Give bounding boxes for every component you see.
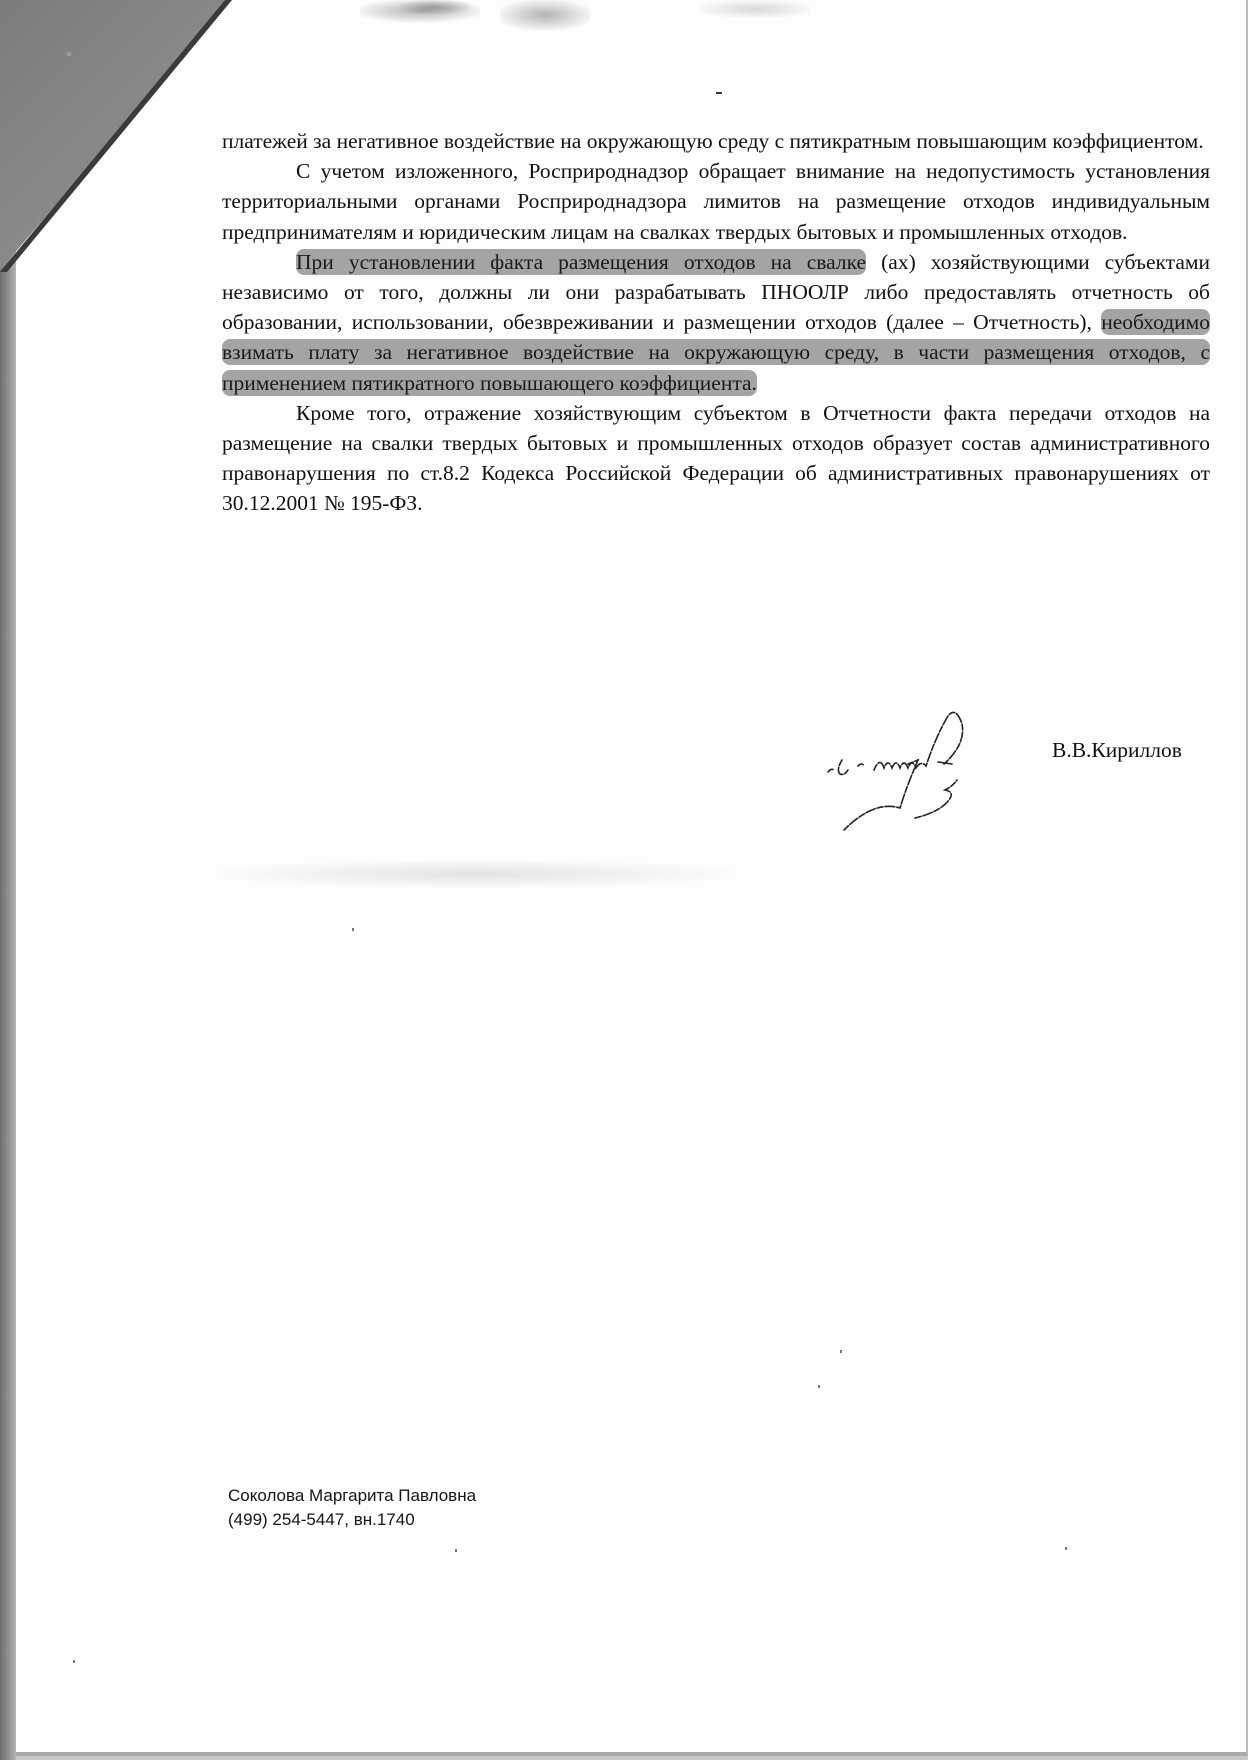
- scan-speck: [455, 1549, 457, 1552]
- scan-smudge: [700, 0, 810, 18]
- scan-speck: [1065, 1547, 1067, 1550]
- paragraph-p3: При установлении факта размещения отходо…: [222, 247, 1210, 398]
- scan-smudge: [400, 0, 470, 14]
- scan-speck: [840, 1350, 842, 1353]
- scan-speck: [716, 92, 722, 94]
- text-segment: Кроме того, отражение хозяйствующим субъ…: [222, 401, 1210, 516]
- scan-speck: [818, 1385, 820, 1388]
- paragraph-p1: платежей за негативное воздействие на ок…: [222, 126, 1210, 156]
- contact-block: Соколова Маргарита Павловна (499) 254-54…: [228, 1484, 476, 1532]
- scan-speck: [352, 928, 354, 931]
- text-segment: С учетом изложенного, Росприроднадзор об…: [222, 159, 1210, 243]
- letter-body: платежей за негативное воздействие на ок…: [222, 126, 1210, 519]
- contact-phone: (499) 254-5447, вн.1740: [228, 1508, 476, 1532]
- scan-speck: [73, 1660, 75, 1663]
- paragraph-p2: С учетом изложенного, Росприроднадзор об…: [222, 156, 1210, 247]
- highlighted-text: При установлении факта размещения отходо…: [296, 249, 866, 275]
- contact-person-name: Соколова Маргарита Павловна: [228, 1484, 476, 1508]
- handwritten-signature-icon: [820, 700, 1040, 840]
- signer-name: В.В.Кириллов: [1052, 738, 1182, 763]
- text-segment: платежей за негативное воздействие на ок…: [222, 129, 1204, 153]
- paragraph-p4: Кроме того, отражение хозяйствующим субъ…: [222, 398, 1210, 519]
- scan-smudge: [215, 860, 735, 888]
- scan-smudge: [500, 0, 590, 30]
